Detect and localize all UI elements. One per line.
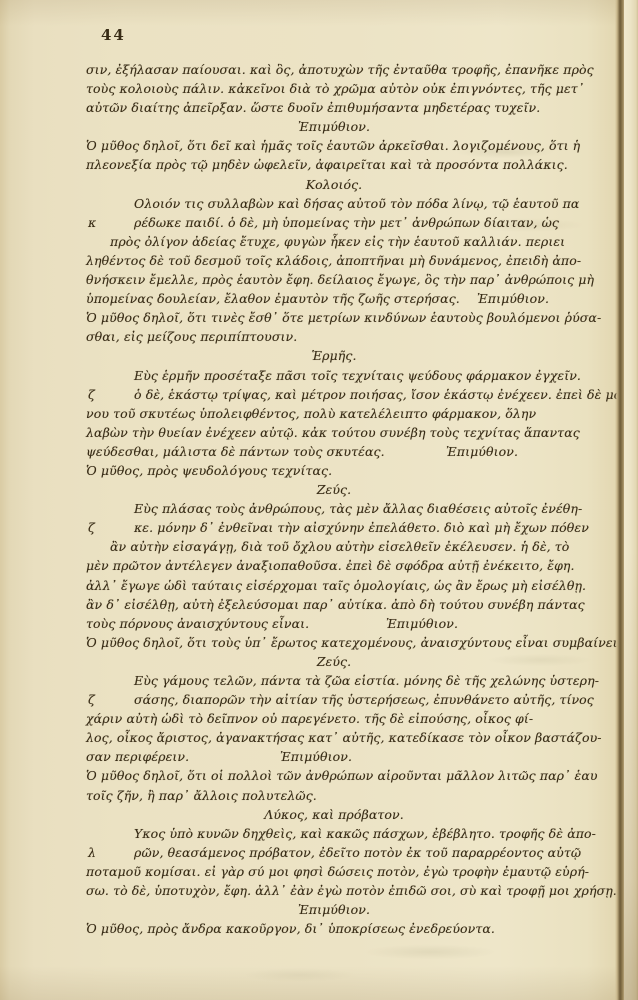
text-line: Εὺς πλάσας τοὺς ἀνθρώπους, τὰς μὲν ἄλλας… (86, 499, 582, 518)
line-text: Ὁ μῦθος, πρὸς ψευδολόγους τεχνίτας. (86, 463, 332, 478)
text-line: νου τοῦ σκυτέως ὑπολειφθέντος, πολὺ κατε… (86, 404, 582, 423)
text-line: λαβὼν τὴν θυείαν ἐνέχεεν αὐτῷ. κἀκ τούτο… (86, 423, 582, 442)
text-line: κε. μόνην δ᾽ ἐνθεῖναι τὴν αἰσχύνην ἐπελά… (86, 518, 582, 537)
line-text: Ἐπιμύθιον. (298, 119, 370, 134)
line-text: λαβὼν τὴν θυείαν ἐνέχεεν αὐτῷ. κἀκ τούτο… (86, 425, 580, 440)
text-line: Ὁ μῦθος δηλοῖ, ὅτι τοὺς ὑπ᾽ ἔρωτος κατεχ… (86, 633, 582, 652)
line-text: χάριν αὐτὴ ὡδὶ τὸ δεῖπνον οὐ παρεγένετο.… (86, 711, 533, 726)
line-text: σαν περιφέρειν. (86, 749, 189, 764)
line-text: Ἐπιμύθιον. (298, 902, 370, 917)
text-line: τοὺς πόρνους ἀναισχύντους εἶναι.Ἐπιμύθιο… (86, 614, 582, 633)
fable-title: Ἑρμῆς. (86, 346, 582, 365)
line-text: Ὁ μῦθος δηλοῖ, ὅτι τοὺς ὑπ᾽ ἔρωτος κατεχ… (86, 635, 622, 650)
text-line: ποταμοῦ κομίσαι. εἰ γὰρ σύ μοι φησὶ δώσε… (86, 862, 582, 881)
text-line: Ολοιόν τις συλλαβὼν καὶ δήσας αὐτοῦ τὸν … (86, 194, 582, 213)
text-line: σαν περιφέρειν.Ἐπιμύθιον. (86, 747, 582, 766)
line-text: νου τοῦ σκυτέως ὑπολειφθέντος, πολὺ κατε… (86, 406, 536, 421)
line-text: ἂν αὐτὴν εἰσαγάγῃ, διὰ τοῦ ὄχλου αὐτὴν ε… (110, 539, 569, 554)
text-line: ψεύδεσθαι, μάλιστα δὲ πάντων τοὺς σκυτέα… (86, 442, 582, 461)
text-line: ληθέντος δὲ τοῦ δεσμοῦ τοῖς κλάδοις, ἀπο… (86, 251, 582, 270)
text-line: Ὁ μῦθος δηλοῖ, ὅτι οἱ πολλοὶ τῶν ἀνθρώπω… (86, 766, 582, 785)
line-text: Ζεύς. (317, 482, 351, 497)
text-line: σιν, ἐξήλασαν παίουσαι. καὶ ὃς, ἀποτυχὼν… (86, 60, 582, 79)
line-text: Κολοιός. (306, 177, 363, 192)
line-text: αὐτῶν διαίτης ἀπεῖρξαν. ὥστε δυοῖν ἐπιθυ… (86, 100, 540, 115)
line-text: ληθέντος δὲ τοῦ δεσμοῦ τοῖς κλάδοις, ἀπο… (86, 253, 581, 268)
line-text: Ὁ μῦθος δηλοῖ, ὅτι οἱ πολλοὶ τῶν ἀνθρώπω… (86, 768, 598, 783)
text-line: σω. τὸ δὲ, ὑποτυχὸν, ἔφη. ἀλλ᾽ ἐὰν ἐγὼ π… (86, 881, 582, 900)
line-text: Ὁ μῦθος δηλοῖ, ὅτι δεῖ καὶ ἡμᾶς τοῖς ἑαυ… (86, 138, 580, 153)
line-text: ἀλλ᾽ ἔγωγε ὡδὶ ταύταις εἰσέρχομαι ταῖς ὁ… (86, 578, 586, 593)
line-text: Ὁ μῦθος, πρὸς ἄνδρα κακοῦργον, δι᾽ ὑποκρ… (86, 921, 495, 936)
line-text: σω. τὸ δὲ, ὑποτυχὸν, ἔφη. ἀλλ᾽ ἐὰν ἐγὼ π… (86, 883, 617, 898)
line-text: ὁ δὲ, ἑκάστῳ τρίψας, καὶ μέτρον ποιήσας,… (134, 387, 626, 402)
text-line: αὐτῶν διαίτης ἀπεῖρξαν. ὥστε δυοῖν ἐπιθυ… (86, 98, 582, 117)
line-text: σθαι, εἰς μείζους περιπίπτουσιν. (86, 329, 297, 344)
epimythion-heading: Ἐπιμύθιον. (86, 900, 582, 919)
book-page-scan: 44 σιν, ἐξήλασαν παίουσαι. καὶ ὃς, ἀποτυ… (0, 0, 638, 1000)
text-line: Υκος ὑπὸ κυνῶν δηχθεὶς, καὶ κακῶς πάσχων… (86, 824, 582, 843)
line-text: ρέδωκε παιδί. ὁ δὲ, μὴ ὑπομείνας τὴν μετ… (134, 215, 559, 230)
text-line: πλεονεξία πρὸς τῷ μηδὲν ὠφελεῖν, ἀφαιρεῖ… (86, 155, 582, 174)
fable-title: Κολοιός. (86, 175, 582, 194)
line-text: Λύκος, καὶ πρόβατον. (264, 807, 404, 822)
fable-title: Λύκος, καὶ πρόβατον. (86, 805, 582, 824)
line-text: Ολοιόν τις συλλαβὼν καὶ δήσας αὐτοῦ τὸν … (134, 196, 579, 211)
fable-title: Ζεύς. (86, 480, 582, 499)
text-line: ἂν αὐτὴν εἰσαγάγῃ, διὰ τοῦ ὄχλου αὐτὴν ε… (86, 537, 582, 556)
text-line: Ὁ μῦθος, πρὸς ψευδολόγους τεχνίτας. (86, 461, 582, 480)
line-text: ποταμοῦ κομίσαι. εἰ γὰρ σύ μοι φησὶ δώσε… (86, 864, 589, 879)
text-line: θνήσκειν ἔμελλε, πρὸς ἑαυτὸν ἔφη. δείλαι… (86, 270, 582, 289)
margin-guide-letter: κ (88, 213, 96, 232)
text-line: Εὺς γάμους τελῶν, πάντα τὰ ζῶα εἱστία. μ… (86, 671, 582, 690)
line-text: ψεύδεσθαι, μάλιστα δὲ πάντων τοὺς σκυτέα… (86, 444, 385, 459)
line-text: θνήσκειν ἔμελλε, πρὸς ἑαυτὸν ἔφη. δείλαι… (86, 272, 594, 287)
text-line: σθαι, εἰς μείζους περιπίπτουσιν. (86, 327, 582, 346)
margin-guide-letter: ζ (88, 385, 95, 404)
line-text: σιν, ἐξήλασαν παίουσαι. καὶ ὃς, ἀποτυχὼν… (86, 62, 594, 77)
page-number: 44 (101, 26, 126, 44)
line-text: ρῶν, θεασάμενος πρόβατον, ἐδεῖτο ποτὸν ἐ… (134, 845, 581, 860)
epimythion-heading: Ἐπιμύθιον. (86, 117, 582, 136)
text-line: χάριν αὐτὴ ὡδὶ τὸ δεῖπνον οὐ παρεγένετο.… (86, 709, 582, 728)
line-text: Ζεύς. (317, 654, 351, 669)
line-text: πρὸς ὀλίγον ἀδείας ἔτυχε, φυγὼν ἧκεν εἰς… (110, 234, 565, 249)
text-line: ὑπομείνας δουλείαν, ἔλαθον ἐμαυτὸν τῆς ζ… (86, 289, 582, 308)
line-text: τοὺς κολοιοὺς πάλιν. κἀκεῖνοι διὰ τὸ χρῶ… (86, 81, 584, 96)
margin-guide-letter: ζ (88, 690, 95, 709)
text-line: λος, οἶκος ἄριστος, ἀγανακτήσας κατ᾽ αὐτ… (86, 728, 582, 747)
line-text: τοῖς ζῆν, ἢ παρ᾽ ἄλλοις πολυτελῶς. (86, 788, 317, 803)
text-line: πρὸς ὀλίγον ἀδείας ἔτυχε, φυγὼν ἧκεν εἰς… (86, 232, 582, 251)
adjacent-page-strip (624, 0, 638, 1000)
line-text: Ὁ μῦθος δηλοῖ, ὅτι τινὲς ἔσθ᾽ ὅτε μετρίω… (86, 310, 601, 325)
margin-guide-letter: ζ (88, 518, 95, 537)
line-text: ὑπομείνας δουλείαν, ἔλαθον ἐμαυτὸν τῆς ζ… (86, 291, 460, 306)
inline-epimythion-heading: Ἐπιμύθιον. (280, 747, 352, 766)
text-line: μὲν πρῶτον ἀντέλεγεν ἀναξιοπαθοῦσα. ἐπεὶ… (86, 556, 582, 575)
text-line: ἂν δ᾽ εἰσέλθῃ, αὐτὴ ἐξελεύσομαι παρ᾽ αὐτ… (86, 595, 582, 614)
line-text: λος, οἶκος ἄριστος, ἀγανακτήσας κατ᾽ αὐτ… (86, 730, 602, 745)
text-line: τοὺς κολοιοὺς πάλιν. κἀκεῖνοι διὰ τὸ χρῶ… (86, 79, 582, 98)
fable-title: Ζεύς. (86, 652, 582, 671)
line-text: Ἑρμῆς. (311, 348, 356, 363)
line-text: τοὺς πόρνους ἀναισχύντους εἶναι. (86, 616, 309, 631)
line-text: Εὺς ἑρμῆν προσέταξε πᾶσι τοῖς τεχνίταις … (134, 368, 581, 383)
margin-guide-letter: λ (88, 843, 96, 862)
text-line: ρέδωκε παιδί. ὁ δὲ, μὴ ὑπομείνας τὴν μετ… (86, 213, 582, 232)
text-line: Εὺς ἑρμῆν προσέταξε πᾶσι τοῖς τεχνίταις … (86, 366, 582, 385)
text-line: σάσης, διαπορῶν τὴν αἰτίαν τῆς ὑστερήσεω… (86, 690, 582, 709)
line-text: πλεονεξία πρὸς τῷ μηδὲν ὠφελεῖν, ἀφαιρεῖ… (86, 157, 568, 172)
inline-epimythion-heading: Ἐπιμύθιον. (386, 614, 458, 633)
line-text: Εὺς γάμους τελῶν, πάντα τὰ ζῶα εἱστία. μ… (134, 673, 599, 688)
text-line: Ὁ μῦθος δηλοῖ, ὅτι τινὲς ἔσθ᾽ ὅτε μετρίω… (86, 308, 582, 327)
text-line: τοῖς ζῆν, ἢ παρ᾽ ἄλλοις πολυτελῶς. (86, 786, 582, 805)
text-block: σιν, ἐξήλασαν παίουσαι. καὶ ὃς, ἀποτυχὼν… (86, 60, 582, 938)
inline-epimythion-heading: Ἐπιμύθιον. (446, 442, 518, 461)
line-text: Υκος ὑπὸ κυνῶν δηχθεὶς, καὶ κακῶς πάσχων… (134, 826, 596, 841)
line-text: μὲν πρῶτον ἀντέλεγεν ἀναξιοπαθοῦσα. ἐπεὶ… (86, 558, 575, 573)
text-line: ὁ δὲ, ἑκάστῳ τρίψας, καὶ μέτρον ποιήσας,… (86, 385, 582, 404)
line-text: Εὺς πλάσας τοὺς ἀνθρώπους, τὰς μὲν ἄλλας… (134, 501, 582, 516)
inline-epimythion-heading: Ἐπιμύθιον. (477, 289, 549, 308)
text-line: Ὁ μῦθος δηλοῖ, ὅτι δεῖ καὶ ἡμᾶς τοῖς ἑαυ… (86, 136, 582, 155)
text-line: ἀλλ᾽ ἔγωγε ὡδὶ ταύταις εἰσέρχομαι ταῖς ὁ… (86, 576, 582, 595)
text-line: ρῶν, θεασάμενος πρόβατον, ἐδεῖτο ποτὸν ἐ… (86, 843, 582, 862)
text-line: Ὁ μῦθος, πρὸς ἄνδρα κακοῦργον, δι᾽ ὑποκρ… (86, 919, 582, 938)
line-text: σάσης, διαπορῶν τὴν αἰτίαν τῆς ὑστερήσεω… (134, 692, 594, 707)
page-edge (615, 0, 624, 1000)
line-text: κε. μόνην δ᾽ ἐνθεῖναι τὴν αἰσχύνην ἐπελά… (134, 520, 589, 535)
line-text: ἂν δ᾽ εἰσέλθῃ, αὐτὴ ἐξελεύσομαι παρ᾽ αὐτ… (86, 597, 585, 612)
